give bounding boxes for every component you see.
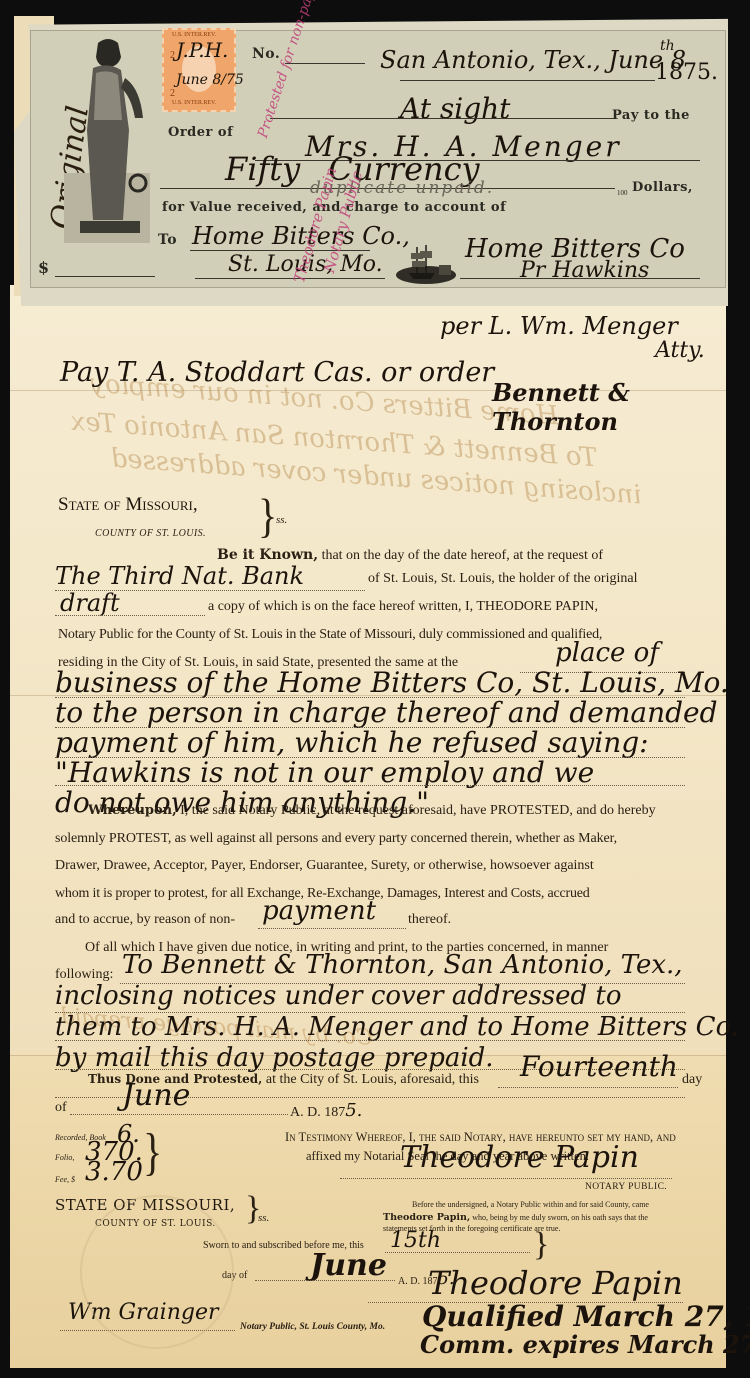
ad-label: A. D. 1875. — [290, 1100, 362, 1121]
folio-label: Folio, — [55, 1153, 74, 1162]
notice-handwritten-block: To Bennett & Thornton, San Antonio, Tex.… — [122, 950, 683, 981]
liberty-vignette — [60, 33, 152, 243]
liberty-figure-icon — [60, 33, 152, 243]
thereof-label: thereof. — [408, 912, 451, 928]
drawer-per-signature: Pr Hawkins — [520, 258, 649, 283]
term-handwritten: At sight — [400, 92, 510, 125]
of-label: of — [55, 1100, 67, 1116]
day-handwritten: Fourteenth — [520, 1050, 678, 1083]
qualified-handwritten: Qualified March 27, 1875 — [422, 1300, 750, 1333]
dotted-line — [55, 785, 685, 786]
stamp-denomination: 2 — [170, 88, 175, 99]
duplicate-unpaid-annotation: duplicate unpaid. — [310, 178, 494, 198]
endorser-signature: Bennett & Thornton — [492, 378, 750, 436]
notary-seal-embossing — [80, 1195, 234, 1349]
no-line — [285, 63, 365, 64]
revenue-stamp: U.S. INTER.REV. 2 2 U.S. INTER.REV. J.P.… — [162, 28, 236, 112]
pay-to-label: Pay to the — [612, 108, 690, 123]
ship-vignette — [395, 243, 457, 285]
ss-label: ss. — [276, 514, 287, 526]
affidavit-ss-label: ss. — [258, 1212, 269, 1224]
no-label: No. — [252, 46, 280, 62]
endorsement-per-line: per L. Wm. Menger — [440, 312, 678, 340]
dotted-line — [385, 1252, 530, 1253]
sworn-month-handwritten: June — [310, 1248, 387, 1283]
day-label: day — [682, 1072, 702, 1088]
holder-handwritten: The Third Nat. Bank — [55, 562, 304, 590]
fee-value: 3.70 — [85, 1157, 143, 1187]
intro-line-3: a copy of which is on the face hereof wr… — [208, 599, 598, 615]
presentment-line: "Hawkins is not in our employ and we — [55, 758, 729, 788]
hundredths-label: 100 — [617, 189, 628, 197]
signature-line — [340, 1178, 672, 1179]
term-line — [270, 118, 615, 119]
value-received-line: for Value received, and charge to accoun… — [162, 200, 506, 215]
stamp-cancel-date: June 8/75 — [176, 72, 244, 88]
sailing-ship-icon — [395, 243, 457, 285]
fee-label: Fee, $ — [55, 1175, 75, 1184]
place-date-handwritten: San Antonio, Tex., June 8 — [380, 46, 686, 74]
intro-line-2: of St. Louis, St. Louis, the holder of t… — [368, 571, 637, 587]
stamp-bottom-text: U.S. INTER.REV. — [172, 100, 216, 106]
county-label: COUNTY OF ST. LOUIS. — [95, 528, 206, 539]
whereupon-line-2: solemnly PROTEST, as well against all pe… — [55, 831, 617, 847]
dotted-line — [55, 1040, 685, 1041]
non-payment-handwritten: payment — [262, 896, 376, 926]
dotted-line — [55, 615, 205, 616]
state-heading: State of Missouri, — [58, 494, 198, 516]
year-label: 1875. — [655, 60, 718, 85]
whereupon-line-1: Whereupon, I, the said Notary Public, at… — [88, 803, 656, 819]
brace: } — [258, 492, 277, 540]
dotted-line — [55, 757, 685, 758]
notary-county-label: Notary Public, St. Louis County, Mo. — [240, 1322, 385, 1332]
amount-figure-line — [55, 276, 155, 277]
affidavit-text-2: Theodore Papin, who, being by me duly sw… — [383, 1212, 648, 1223]
dotted-line — [55, 1012, 685, 1013]
presentment-line: business of the Home Bitters Co, St. Lou… — [55, 668, 729, 698]
notice-line: them to Mrs. H. A. Menger and to Home Bi… — [55, 1012, 739, 1043]
dollar-sign: $ — [38, 258, 50, 277]
notice-line: inclosing notices under cover addressed … — [55, 981, 739, 1012]
sworn-day-handwritten: 15th — [390, 1228, 441, 1253]
instrument-handwritten: draft — [60, 589, 120, 617]
dotted-line — [120, 983, 685, 984]
dotted-line — [55, 727, 685, 728]
date-suffix: th — [660, 38, 675, 54]
dotted-line — [498, 1087, 678, 1088]
affidavit-text-1: Before the undersigned, a Notary Public … — [412, 1200, 649, 1209]
month-handwritten: June — [122, 1078, 190, 1113]
to-label: To — [158, 232, 177, 248]
notary-signature: Theodore Papin — [400, 1140, 639, 1175]
commission-expires-handwritten: Comm. expires March 27, 1879. — [420, 1330, 750, 1359]
place-handwritten: place of — [555, 638, 659, 668]
endorsement-pay-order: Pay T. A. Stoddart Cas. or order — [60, 357, 494, 388]
dotted-line — [70, 1114, 288, 1115]
date-line — [400, 80, 655, 81]
intro-line-4: Notary Public for the County of St. Loui… — [58, 627, 602, 643]
dotted-line — [255, 1280, 395, 1281]
presentment-handwritten-block: business of the Home Bitters Co, St. Lou… — [55, 668, 729, 818]
drawer-line — [460, 278, 700, 279]
notary-public-label: NOTARY PUBLIC. — [585, 1182, 667, 1192]
endorsement-atty: Atty. — [655, 338, 705, 363]
whereupon-line-5: and to accrue, by reason of non- — [55, 912, 235, 928]
stamp-cancel-initials: J.P.H. — [176, 38, 228, 62]
presentment-line: to the person in charge thereof and dema… — [55, 698, 729, 728]
stamp-denomination: 2 — [170, 50, 175, 61]
dotted-line — [258, 928, 406, 929]
dollars-label: Dollars, — [632, 180, 693, 195]
notice-line: To Bennett & Thornton, San Antonio, Tex.… — [122, 950, 683, 981]
dotted-line — [55, 697, 685, 698]
brace: } — [533, 1228, 549, 1262]
brace: } — [143, 1126, 162, 1178]
order-of-label: Order of — [168, 125, 233, 140]
presentment-line: payment of him, which he refused saying: — [55, 728, 729, 758]
affiant-signature: Theodore Papin — [428, 1264, 683, 1302]
whereupon-line-3: Drawer, Drawee, Acceptor, Payer, Endorse… — [55, 858, 594, 874]
